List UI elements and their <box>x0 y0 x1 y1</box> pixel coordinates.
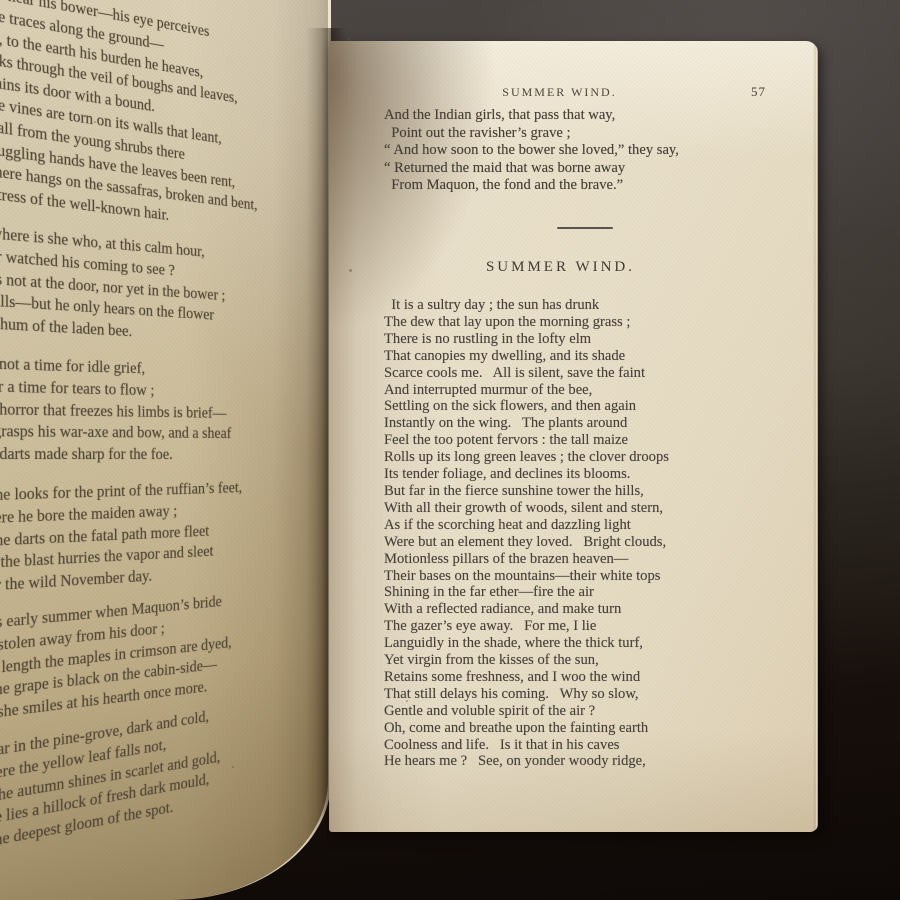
poem-line: Motionless pillars of the brazen heaven— <box>384 551 669 568</box>
poem-line: Were but an element they loved. Bright c… <box>384 534 669 551</box>
poem-line: Coolness and life. Is it that in his cav… <box>384 737 669 754</box>
poem-title: SUMMER WIND. <box>329 259 805 276</box>
poem-line: It is a sultry day ; the sun has drunk <box>384 297 669 314</box>
poem-line: Their bases on the mountains—their white… <box>384 568 669 585</box>
left-page: He stops near his bower—his eye perceive… <box>0 0 331 900</box>
left-page-stanza: It is not a time for idle grief, Nor a t… <box>0 352 331 466</box>
left-page-stanza: But where is she who, at this calm hour,… <box>0 220 331 358</box>
poem-line: With all their growth of woods, silent a… <box>384 500 669 517</box>
section-divider <box>557 227 613 229</box>
left-page-stanza: And he looks for the print of the ruffia… <box>0 472 331 599</box>
ending-stanza: And the Indian girls, that pass that way… <box>384 107 679 195</box>
poem-line: And interrupted murmur of the bee, <box>384 382 669 399</box>
photo-scene: He stops near his bower—his eye perceive… <box>0 0 900 900</box>
poem-line: Scarce cools me. All is silent, save the… <box>384 365 669 382</box>
foxing-spot <box>349 269 352 272</box>
poem-line: That canopies my dwelling, and its shade <box>384 348 669 365</box>
running-header: SUMMER WIND. <box>329 85 804 100</box>
foxing-spot <box>348 38 350 40</box>
poem-line: From Maquon, the fond and the brave.” <box>384 177 679 195</box>
poem-line: The dew that lay upon the morning grass … <box>384 314 669 331</box>
right-page: SUMMER WIND. 57 And the Indian girls, th… <box>329 41 818 832</box>
poem-line: Shining in the far ether—fire the air <box>384 584 669 601</box>
poem-line: Of darts made sharp for the foe. <box>0 443 331 466</box>
poem-line: Feel the too potent fervors : the tall m… <box>384 432 669 449</box>
poem-line: He grasps his war-axe and bow, and a she… <box>0 420 331 445</box>
poem-line: Instantly on the wing. The plants around <box>384 415 669 432</box>
poem-line: With a reflected radiance, and make turn <box>384 601 669 618</box>
foxing-spot <box>178 759 180 761</box>
poem-line: “ Returned the maid that was borne away <box>384 160 679 178</box>
poem-line: There is no rustling in the lofty elm <box>384 331 669 348</box>
poem-line: “ And how soon to the bower she loved,” … <box>384 142 679 160</box>
foxing-spot <box>232 766 234 768</box>
poem-line: Languidly in the shade, where the thick … <box>384 635 669 652</box>
poem-line: Settling on the sick flowers, and then a… <box>384 398 669 415</box>
foxing-spot <box>94 121 96 123</box>
poem-line: Gentle and voluble spirit of the air ? <box>384 703 669 720</box>
poem-line: The gazer’s eye away. For me, I lie <box>384 618 669 635</box>
poem-line: But far in the fierce sunshine tower the… <box>384 483 669 500</box>
poem-line: Yet virgin from the kisses of the sun, <box>384 652 669 669</box>
poem-line: That still delays his coming. Why so slo… <box>384 686 669 703</box>
poem-body: It is a sultry day ; the sun has drunkTh… <box>384 297 669 770</box>
poem-line: As if the scorching heat and dazzling li… <box>384 517 669 534</box>
poem-line: Its tender foliage, and declines its blo… <box>384 466 669 483</box>
poem-line: And the Indian girls, that pass that way… <box>384 107 679 125</box>
foxing-spot <box>427 556 429 558</box>
poem-line: Retains some freshness, and I woo the wi… <box>384 669 669 686</box>
poem-line: He hears me ? See, on yonder woody ridge… <box>384 753 669 770</box>
poem-line: Oh, come and breathe upon the fainting e… <box>384 720 669 737</box>
poem-line: Point out the ravisher’s grave ; <box>384 125 679 143</box>
poem-line: Rolls up its long green leaves ; the clo… <box>384 449 669 466</box>
foxing-spot <box>406 700 408 702</box>
page-number: 57 <box>751 84 766 100</box>
